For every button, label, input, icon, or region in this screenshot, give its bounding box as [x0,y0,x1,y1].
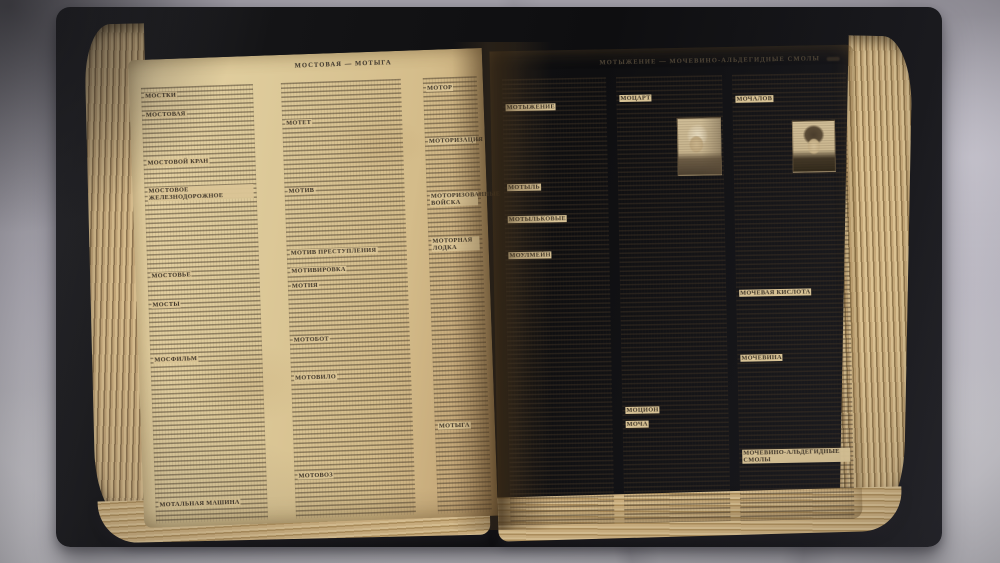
book: МОСТОВАЯ — МОТЫГА МОСТКИМОСТОВАЯМОСТОВОЙ… [0,0,1000,563]
left-page-columns: МОСТКИМОСТОВАЯМОСТОВОЙ КРАНМОСТОВОЕ ЖЕЛЕ… [129,74,498,528]
entry-headword: МОТЫГА [438,422,471,430]
entry-headword: МОТАЛЬНАЯ МАШИНА [158,499,240,509]
text-column: МОСТКИМОСТОВАЯМОСТОВОЙ КРАНМОСТОВОЕ ЖЕЛЕ… [141,84,268,524]
entry-headword: МОТОРИЗАЦИЯ [428,136,476,145]
text-column: МОТЫЖЕНИЕМОТЫЛЬМОТЫЛЬКОВЫЕМОУЛМЕЙН [502,77,615,525]
mozart-portrait-image [677,117,722,176]
entry-headword: МОТЫЛЬКОВЫЕ [508,215,567,223]
entry-headword: МОТНЯ [291,282,319,290]
entry-headword: МОЦИОН [625,406,659,414]
entry-headword: МОСТОВЬЕ [150,271,192,279]
text-column: МОТОРМОТОРИЗАЦИЯМОТОРИЗОВАННЫЕ ВОЙСКАМОТ… [423,76,492,514]
left-page: МОСТОВАЯ — МОТЫГА МОСТКИМОСТОВАЯМОСТОВОЙ… [128,48,498,528]
entry-headword: МОТОРНАЯ ЛОДКА [431,236,479,252]
page-number-smudge [827,57,840,61]
entry-headword: МОТОБОТ [293,335,330,343]
entry-headword: МОУЛМЕЙН [508,251,551,259]
entry-headword: МОЦАРТ [619,94,651,102]
entry-headword: МОТЕТ [285,119,312,127]
entry-headword: МОСТОВОЕ ЖЕЛЕЗНОДОРОЖНОЕ [147,184,253,202]
entry-headword: МОТИВИРОВКА [290,266,347,275]
entry-headword: МОЧА [626,421,649,428]
entry-headword: МОТИВ [287,187,315,195]
entry-headword: МОСТОВОЙ КРАН [146,158,209,167]
entry-headword: МОСТЫ [151,301,181,309]
entry-headword: МОТЫЖЕНИЕ [505,103,555,111]
entry-headword: МОТИВ ПРЕСТУПЛЕНИЯ [290,247,378,257]
entry-headword: МОТЫЛЬ [507,184,541,192]
entry-headword: МОСТКИ [144,92,177,100]
running-head-left: МОСТОВАЯ — МОТЫГА [223,57,463,73]
photo-open-book: МОСТОВАЯ — МОТЫГА МОСТКИМОСТОВАЯМОСТОВОЙ… [0,0,1000,563]
entry-headword: МОЧЕВИНА [740,354,783,362]
entry-headword: МОТОРИЗОВАННЫЕ ВОЙСКА [430,191,478,207]
entry-headword: МОЧЕВИНО-АЛЬДЕГИДНЫЕ СМОЛЫ [742,448,850,464]
entry-headword: МОТОВИЛО [294,373,337,381]
right-page: МОТЫЖЕНИЕ — МОЧЕВИНО-АЛЬДЕГИДНЫЕ СМОЛЫ М… [489,45,862,526]
entry-headword: МОТОР [426,84,453,92]
entry-headword: МОТОВОЗ [297,471,334,479]
entry-headword: МОСТОВАЯ [145,110,187,118]
entry-headword: МОЧЕВАЯ КИСЛОТА [739,288,811,296]
text-column: МОТЕТМОТИВМОТИВ ПРЕСТУПЛЕНИЯМОТИВИРОВКАМ… [281,79,416,519]
mochalov-portrait-image [792,120,836,173]
entry-headword: МОЧАЛОВ [735,95,773,103]
entry-headword: МОСФИЛЬМ [153,355,198,364]
running-head-right: МОТЫЖЕНИЕ — МОЧЕВИНО-АЛЬДЕГИДНЫЕ СМОЛЫ [565,55,855,69]
